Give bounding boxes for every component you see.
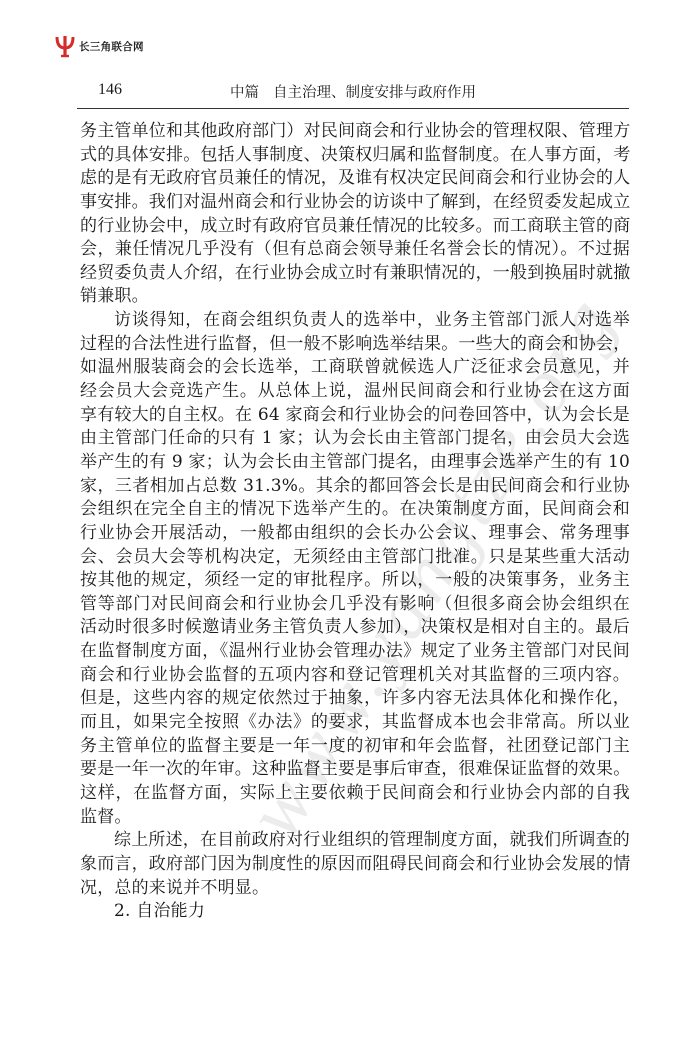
page-number: 146 <box>98 81 122 99</box>
text-line: 会组织在完全自主的情况下选举产生的。在决策制度方面，民间商会和 <box>80 498 630 522</box>
text-line: 按其他的规定，须经一定的审批程序。所以，一般的决策事务，业务主 <box>80 569 630 593</box>
running-title: 中篇自主治理、制度安排与政府作用 <box>230 81 476 102</box>
psi-logo-icon <box>55 34 75 58</box>
text-line: 而且，如果完全按照《办法》的要求，其监督成本也会非常高。所以业 <box>80 711 630 735</box>
text-line: 享有较大的自主权。在 64 家商会和行业协会的问卷回答中，认为会长是 <box>80 404 630 428</box>
text-line: 这样，在监督方面，实际上主要依赖于民间商会和行业协会内部的自我 <box>80 782 630 806</box>
text-line: 如温州服装商会的会长选举，工商联曾就候选人广泛征求会员意见，并 <box>80 356 630 380</box>
text-line: 务主管单位和其他政府部门）对民间商会和行业协会的管理权限、管理方 <box>80 120 630 144</box>
text-line: 事安排。我们对温州商会和行业协会的访谈中了解到，在经贸委发起成立 <box>80 191 630 215</box>
text-line: 监督。 <box>80 806 630 830</box>
text-line: 经会员大会竞选产生。从总体上说，温州民间商会和行业协会在这方面 <box>80 380 630 404</box>
text-line: 会，兼任情况几乎没有（但有总商会领导兼任名誉会长的情况）。不过据 <box>80 238 630 262</box>
chapter-title: 自主治理、制度安排与政府作用 <box>273 85 476 101</box>
text-line: 务主管单位的监督主要是一年一度的初审和年会监督，社团登记部门主 <box>80 735 630 759</box>
text-line: 由主管部门任命的只有 1 家；认为会长由主管部门提名，由会员大会选 <box>80 427 630 451</box>
text-line: 式的具体安排。包括人事制度、决策权归属和监督制度。在人事方面，考 <box>80 144 630 168</box>
text-line: 会、会员大会等机构决定，无须经由主管部门批准。只是某些重大活动 <box>80 546 630 570</box>
text-line: 商会和行业协会监督的五项内容和登记管理机关对其监督的三项内容。 <box>80 664 630 688</box>
text-line: 虑的是有无政府官员兼任的情况，及谁有权决定民间商会和行业协会的人 <box>80 167 630 191</box>
text-line: 但是，这些内容的规定依然过于抽象，许多内容无法具体化和操作化， <box>80 687 630 711</box>
site-logo: 长三角联合网 <box>55 34 144 58</box>
running-head: 146 中篇自主治理、制度安排与政府作用 <box>78 81 628 103</box>
header-rule <box>77 108 629 109</box>
section-heading: 2. 自治能力 <box>80 900 630 924</box>
text-line: 过程的合法性进行监督，但一般不影响选举结果。一些大的商会和协会， <box>80 333 630 357</box>
paragraph-start-line: 综上所述，在目前政府对行业组织的管理制度方面，就我们所调查的对 <box>80 829 630 853</box>
paragraph-start-line: 访谈得知，在商会组织负责人的选举中，业务主管部门派人对选举 <box>80 309 630 333</box>
text-line: 要是一年一次的年审。这种监督主要是事后审查，很难保证监督的效果。 <box>80 758 630 782</box>
text-line: 销兼职。 <box>80 285 630 309</box>
text-line: 举产生的有 9 家；认为会长由主管部门提名，由理事会选举产生的有 10 <box>80 451 630 475</box>
text-line: 在监督制度方面，《温州行业协会管理办法》规定了业务主管部门对民间 <box>80 640 630 664</box>
part-label: 中篇 <box>230 85 259 101</box>
text-line: 经贸委负责人介绍，在行业协会成立时有兼职情况的，一般到换届时就撤 <box>80 262 630 286</box>
site-name: 长三角联合网 <box>79 39 144 54</box>
text-line: 象而言，政府部门因为制度性的原因而阻碍民间商会和行业协会发展的情 <box>80 853 630 877</box>
text-line: 管等部门对民间商会和行业协会几乎没有影响（但很多商会协会组织在 <box>80 593 630 617</box>
text-line: 行业协会开展活动，一般都由组织的会长办公会议、理事会、常务理事 <box>80 522 630 546</box>
text-line: 家，三者相加占总数 31.3%。其余的都回答会长是由民间商会和行业协 <box>80 475 630 499</box>
text-line: 况，总的来说并不明显。 <box>80 877 630 901</box>
body-text: 务主管单位和其他政府部门）对民间商会和行业协会的管理权限、管理方 式的具体安排。… <box>80 120 630 924</box>
text-line: 的行业协会中，成立时有政府官员兼任情况的比较多。而工商联主管的商 <box>80 215 630 239</box>
text-line: 活动时很多时候邀请业务主管负责人参加），决策权是相对自主的。最后 <box>80 616 630 640</box>
